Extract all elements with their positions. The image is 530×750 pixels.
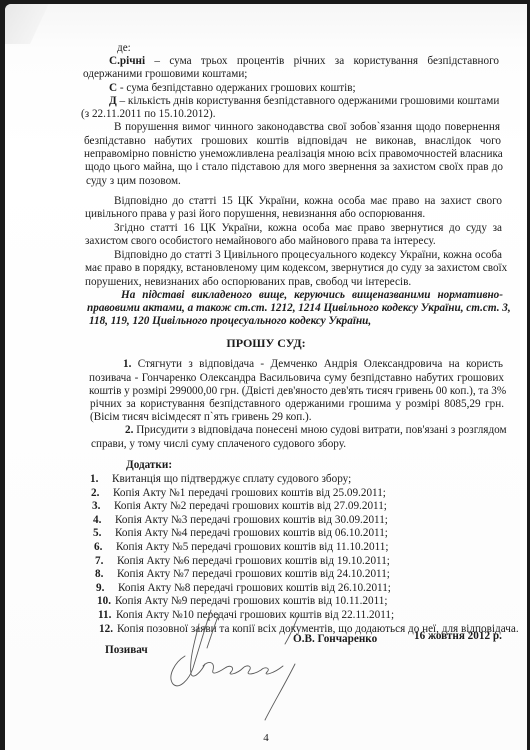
paragraph-line: суду з цим позовом. — [86, 175, 181, 188]
paragraph-line: річних за користування безпідставного од… — [90, 398, 504, 411]
attachment-number: 9. — [96, 582, 112, 595]
paragraph-line: неправомірно повністю унеможливлена реал… — [84, 148, 502, 161]
attachment-item: 5.Копія Акту №4 передачі грошових коштів… — [93, 527, 388, 540]
paragraph-line: правовими актами, а також ст.ст. 1212, 1… — [87, 302, 503, 315]
handwritten-signature — [145, 604, 315, 724]
paragraph-line: позивача - Гончаренко Олександра Васильо… — [89, 372, 504, 385]
attachment-text: Копія Акту №3 передачі грошових коштів в… — [115, 514, 388, 526]
attachment-number: 12. — [99, 623, 115, 636]
attachment-number: 5. — [93, 527, 109, 540]
attachment-text: Копія Акту №2 передачі грошових коштів в… — [114, 500, 387, 512]
attachments-title: Додатки: — [126, 459, 172, 472]
paragraph-line: На підставі викладеного вище, керуючись … — [121, 289, 503, 302]
attachment-number: 11. — [98, 609, 114, 622]
definitions-intro: де: — [117, 42, 131, 55]
attachment-text: Копія Акту №6 передачі грошових коштів в… — [117, 555, 390, 567]
paragraph-line: Згідно статті 16 ЦК України, кожна особа… — [114, 222, 502, 235]
attachment-number: 2. — [91, 487, 107, 500]
definition-d: Д – кількість днів користування безпідст… — [109, 95, 499, 108]
attachment-number: 8. — [95, 568, 111, 581]
paragraph-line: щодо цього майна, що і стало підставою д… — [85, 161, 503, 174]
page-fold-shadow — [5, 4, 65, 44]
paragraph-line: Відповідно до статті 15 ЦК України, кожн… — [114, 195, 502, 208]
definition-d-cont: (з 22.11.2011 по 15.10.2012). — [81, 108, 216, 121]
attachment-text: Квитанція що підтверджує сплату судового… — [112, 473, 351, 485]
attachment-item: 4.Копія Акту №3 передачі грошових коштів… — [93, 514, 388, 527]
request-item-2: 2. Присудити з відповідача понесені мною… — [125, 424, 505, 437]
document-page: де: С.річні – сума трьох процентів річни… — [5, 4, 527, 750]
attachment-number: 3. — [92, 500, 108, 513]
paragraph-line: захистом свого особистого немайнового аб… — [85, 235, 436, 248]
signature-date: 16 жовтня 2012 р. — [414, 630, 502, 643]
section-heading: ПРОШУ СУД: — [5, 337, 527, 350]
definition-c-richni-cont: одержаними грошовими коштами; — [83, 68, 247, 81]
request-item-1: 1. Стягнути з відповідача - Демченко Анд… — [123, 358, 503, 371]
attachment-text: Копія Акту №5 передачі грошових коштів в… — [116, 541, 389, 553]
attachment-text: Копія Акту №1 передачі грошових коштів в… — [113, 487, 386, 499]
paragraph-line: має право в порядку, встановленому цим к… — [85, 262, 502, 275]
attachment-text: Копія Акту №7 передачі грошових коштів в… — [117, 568, 390, 580]
attachment-item: 7.Копія Акту №6 передачі грошових коштів… — [95, 555, 390, 568]
attachment-number: 1. — [90, 473, 106, 486]
paragraph-line: (Вісім тисяч вісімдесят п`ять гривень 29… — [90, 411, 312, 424]
paragraph-line: цивільного права у разі його порушення, … — [85, 208, 425, 221]
paragraph-line: справи, у тому числі суму сплаченого суд… — [91, 438, 346, 451]
definition-term: С — [109, 82, 117, 94]
signature-role: Позивач — [105, 644, 148, 657]
attachment-number: 10. — [97, 595, 113, 608]
definition-term: Д — [109, 95, 117, 107]
paragraph-line: порушених, невизнаних або оспорюваних пр… — [85, 276, 411, 289]
definition-c: С - сума безпідставно одержаних грошових… — [109, 82, 356, 95]
paragraph-line: коштів у розмірі 299000,00 грн. (Двісті … — [89, 385, 504, 398]
paragraph-line: безпідставно набутих грошових коштів від… — [84, 135, 501, 148]
attachment-text: Копія Акту №4 передачі грошових коштів в… — [115, 527, 388, 539]
definition-c-richni: С.річні – сума трьох процентів річних за… — [109, 55, 499, 68]
paragraph-line: 118, 119, 120 Цивільного процесуального … — [89, 315, 371, 328]
attachment-item: 6.Копія Акту №5 передачі грошових коштів… — [94, 541, 389, 554]
attachment-item: 2.Копія Акту №1 передачі грошових коштів… — [91, 487, 386, 500]
page-number: 4 — [5, 732, 527, 744]
attachment-item: 3.Копія Акту №2 передачі грошових коштів… — [92, 500, 387, 513]
attachment-number: 6. — [94, 541, 110, 554]
paragraph-line: В порушення вимог чинного законодавства … — [114, 121, 500, 134]
request-number: 2. — [125, 424, 133, 436]
attachment-item: 8.Копія Акту №7 передачі грошових коштів… — [95, 568, 390, 581]
attachment-text: Копія Акту №8 передачі грошових коштів в… — [118, 582, 391, 594]
attachment-number: 7. — [95, 555, 111, 568]
paragraph-line: Відповідно до статті 3 Цивільного процес… — [114, 249, 502, 262]
definition-term: С.річні — [109, 55, 145, 67]
request-number: 1. — [123, 358, 131, 370]
attachment-number: 4. — [93, 514, 109, 527]
attachment-item: 1.Квитанція що підтверджує сплату судово… — [90, 473, 351, 486]
attachment-item: 9.Копія Акту №8 передачі грошових коштів… — [96, 582, 391, 595]
